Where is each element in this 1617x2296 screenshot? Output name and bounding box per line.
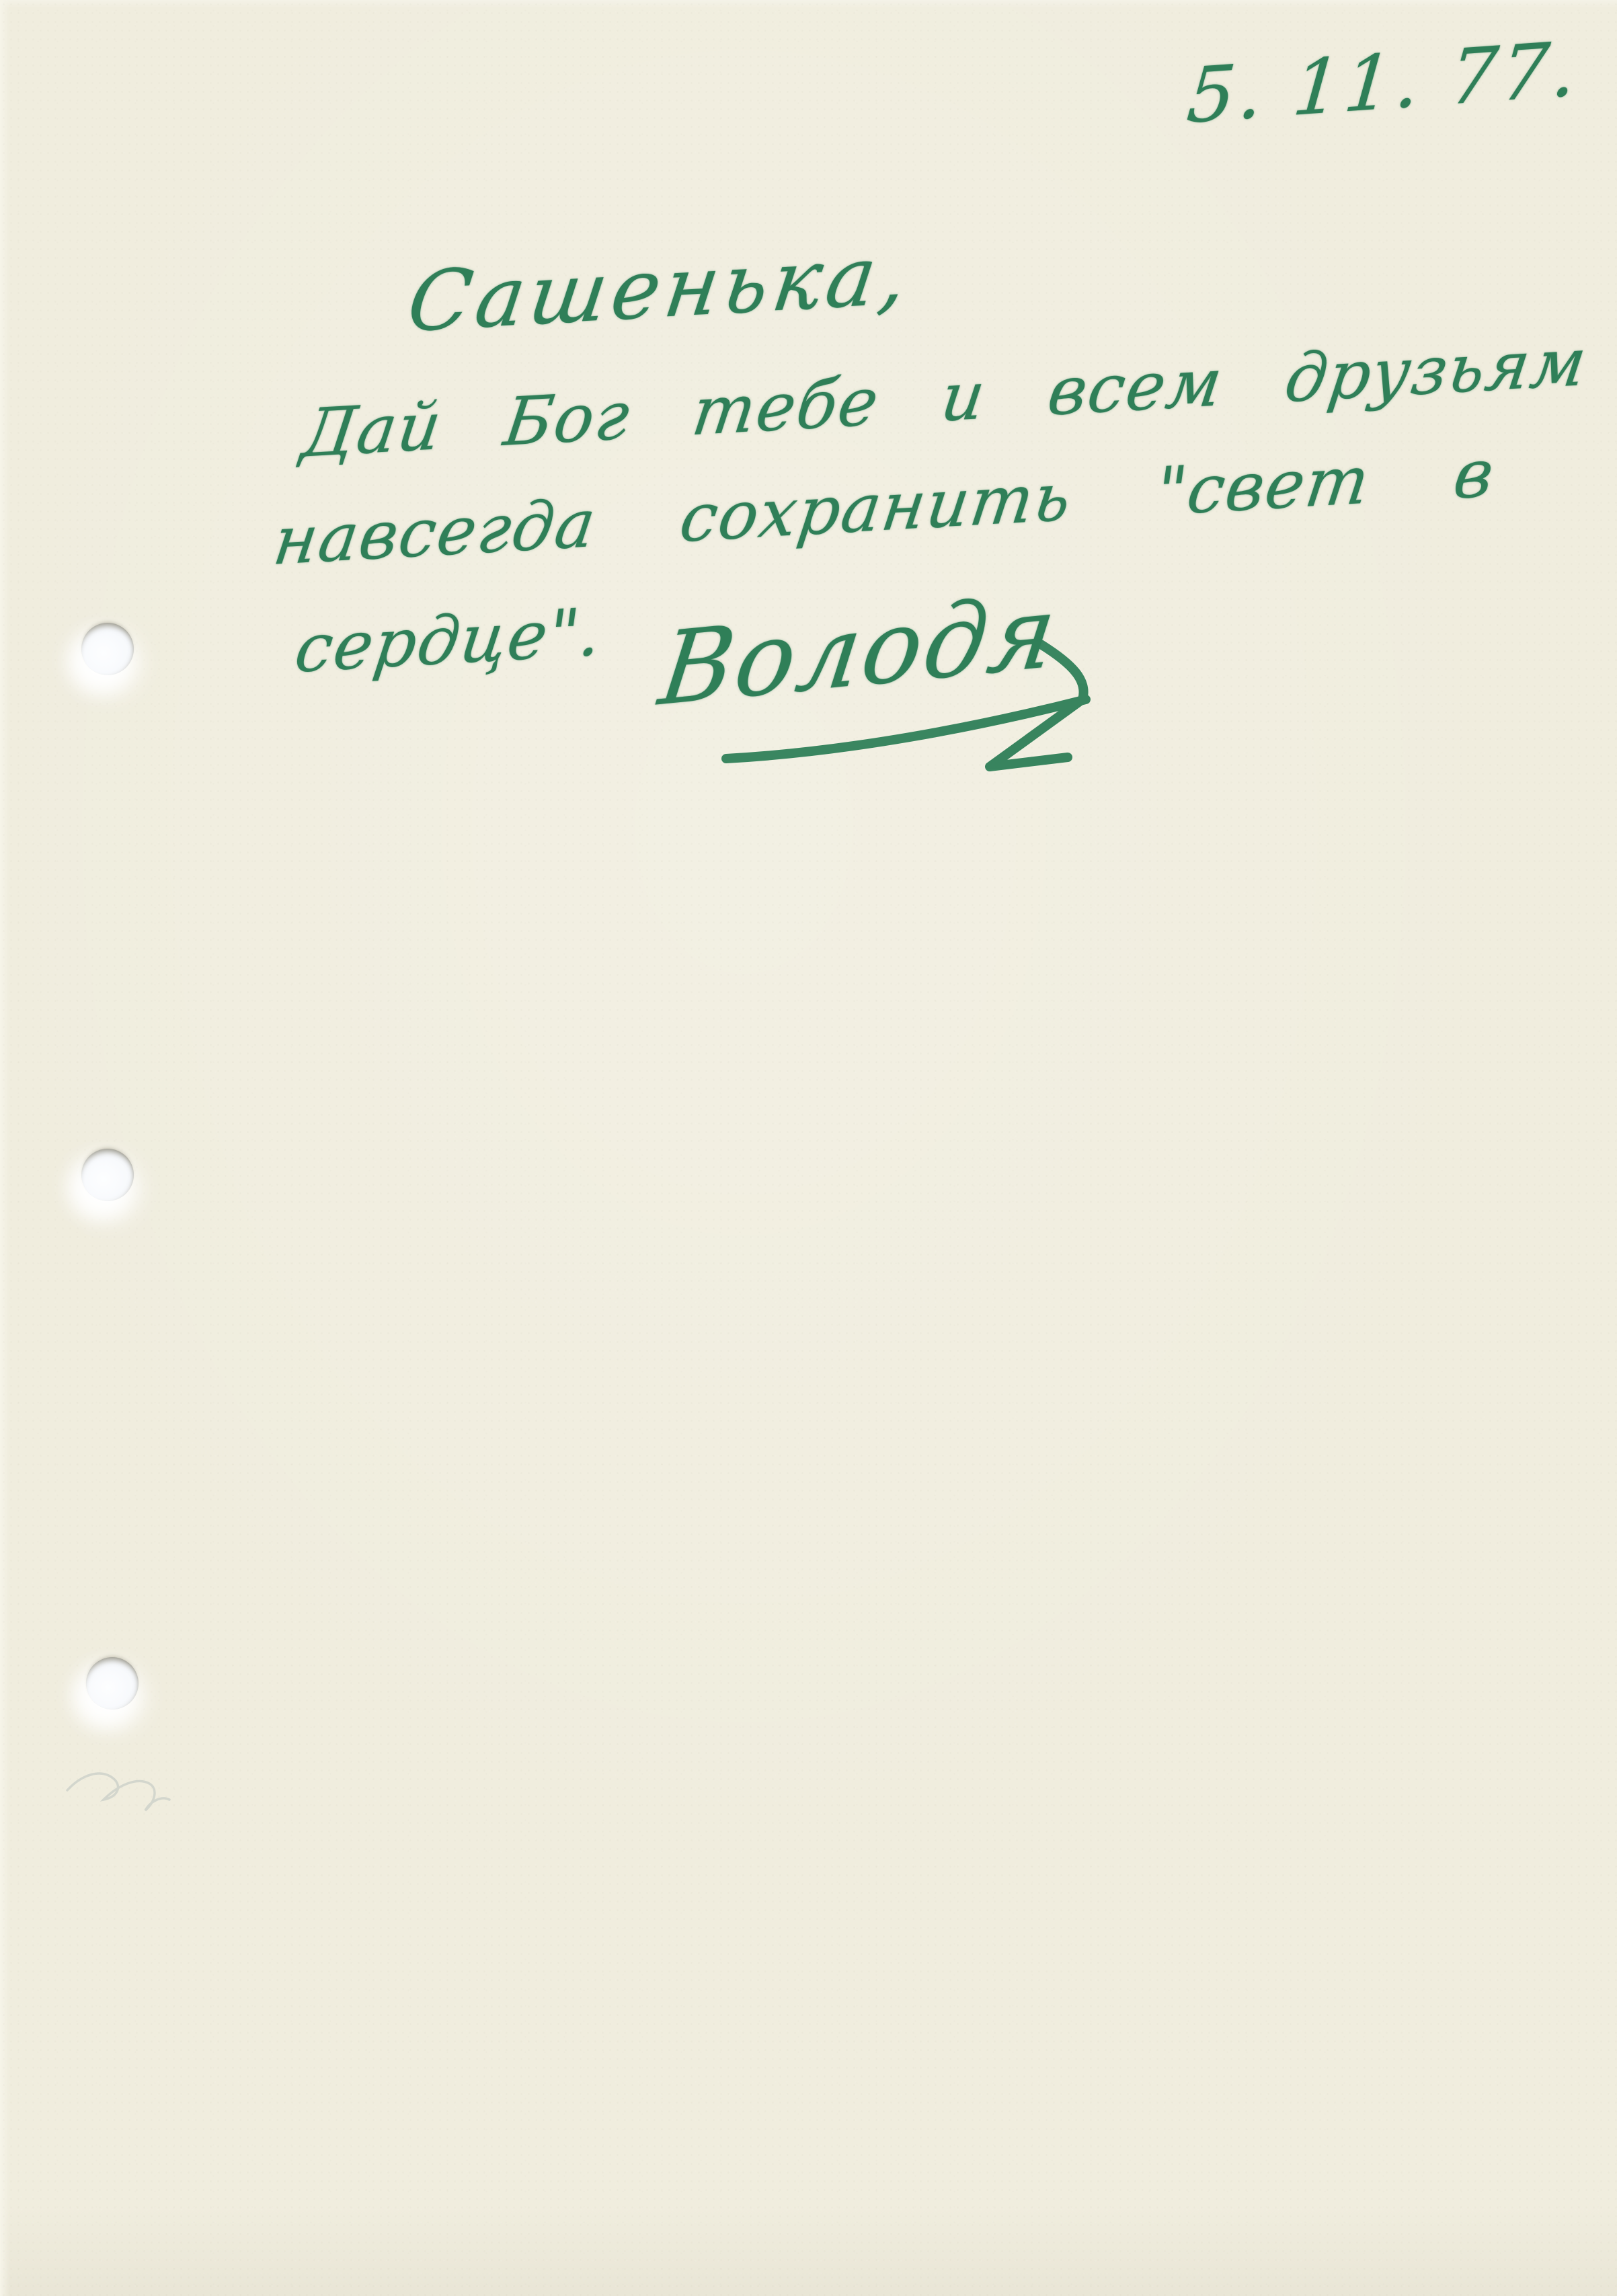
punch-hole-bottom	[86, 1657, 139, 1710]
date: 5. 11. 77.	[1184, 25, 1583, 141]
punch-hole-top	[81, 623, 134, 675]
punch-hole-middle	[81, 1149, 134, 1201]
pencil-mark	[62, 1749, 210, 1823]
body-line-3: сердце".	[290, 594, 607, 689]
paper-sheet: 5. 11. 77. Сашенька, Дай Бог тебе и всем…	[0, 0, 1617, 2296]
salutation: Сашенька,	[402, 226, 917, 350]
signature: Володя	[654, 572, 1064, 728]
